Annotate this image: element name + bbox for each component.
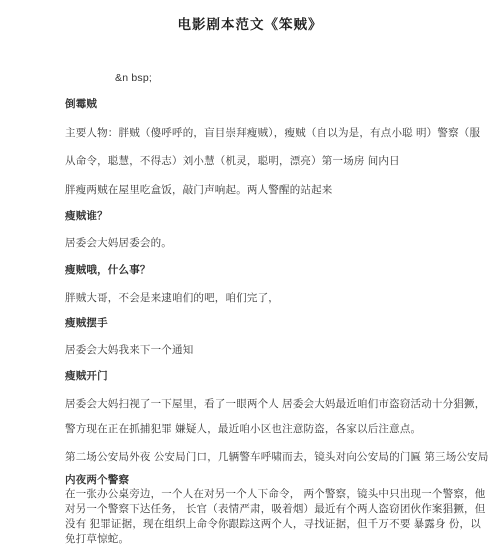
dialogue-line: 胖贼大哥，不会是来逮咱们的吧，咱们完了， <box>65 292 279 305</box>
script-line: 居委会大妈扫视了一下屋里，看了一眼两个人 居委会大妈最近咱们市盗窃活动十分猖獗， <box>65 398 485 411</box>
document-page: 电影剧本范文《笨贼》 &n bsp; 倒霉贼 主要人物：胖贼（傻呼呼的，盲目崇拜… <box>0 0 500 552</box>
dialogue-line: 瘦贼哦，什么事？ <box>65 264 151 277</box>
script-line: 对另一个警察下达任务， 长官（表情严肃，吸着烟）最近有个两人盗窃团伙作案猖獗，但 <box>65 503 485 516</box>
document-title: 电影剧本范文《笨贼》 <box>0 13 500 33</box>
dialogue-line: 居委会大妈居委会的。 <box>65 237 172 250</box>
action-line: 瘦贼开门 <box>65 370 108 383</box>
script-line: 在一张办公桌旁边，一个人在对另一个人下命令， 两个警察，镜头中只出现一个警察，他 <box>65 488 485 501</box>
script-line: 主要人物：胖贼（傻呼呼的，盲目崇拜瘦贼），瘦贼（自以为是，有点小聪 明）警察（服 <box>65 127 480 140</box>
script-line: 胖瘦两贼在屋里吃盒饭，敲门声响起。两人警醒的站起来 <box>65 184 333 197</box>
action-line: 瘦贼摆手 <box>65 317 108 330</box>
scene-heading-line: 第二场公安局外夜 公安局门口，几辆警车呼啸而去，镜头对向公安局的门匾 第三场公安… <box>65 451 489 464</box>
script-subtitle: 倒霉贼 <box>65 98 97 111</box>
scene-heading-line: 内夜两个警察 <box>65 474 129 487</box>
script-line: 警方现在正在抓捕犯罪 嫌疑人，最近咱小区也注意防盗，各家以后注意点。 <box>65 423 421 436</box>
dialogue-line: 居委会大妈我来下一个通知 <box>65 344 193 357</box>
script-line: 免打草惊蛇。 <box>65 533 129 546</box>
html-entity-artifact: &n bsp; <box>115 72 152 85</box>
script-line: 从命令，聪慧，不得志）刘小慧（机灵，聪明，漂亮）第一场房 间内日 <box>65 155 400 168</box>
dialogue-line: 瘦贼谁？ <box>65 210 108 223</box>
script-line: 没有 犯罪证据，现在组织上命令你跟踪这两个人，寻找证据，但千万不要 暴露身 份，… <box>65 518 481 531</box>
